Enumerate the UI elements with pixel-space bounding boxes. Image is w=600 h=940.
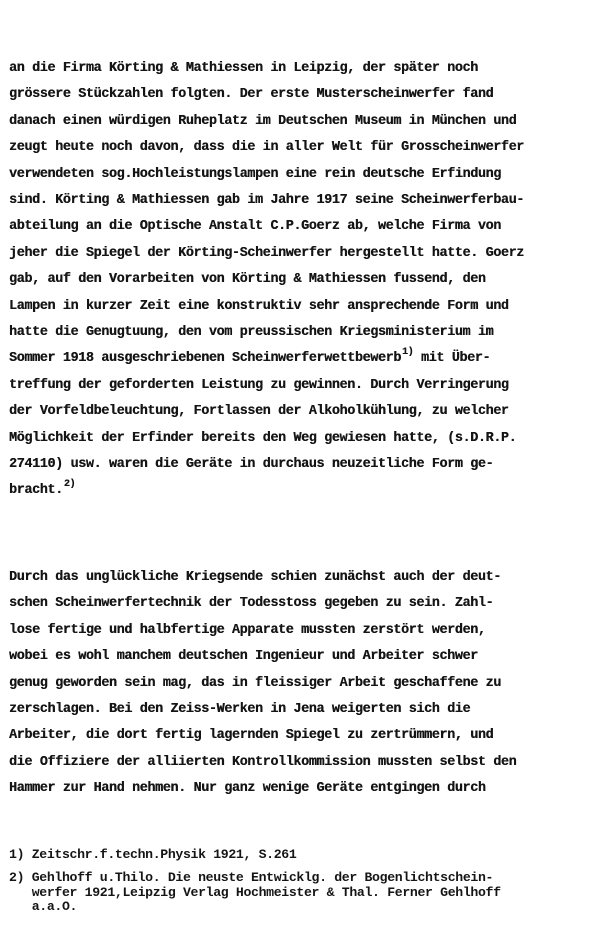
line-text: zeugt heute noch davon, dass die in alle…: [9, 140, 524, 155]
footnote-reference: 1): [402, 347, 413, 358]
text-line: zerschlagen. Bei den Zeiss-Werken in Jen…: [9, 702, 470, 718]
line-text: 274110) usw. waren die Geräte in durchau…: [9, 457, 493, 472]
text-line: Hammer zur Hand nehmen. Nur ganz wenige …: [9, 781, 486, 797]
text-line: wobei es wohl manchem deutschen Ingenieu…: [9, 649, 478, 665]
text-line: an die Firma Körting & Mathiessen in Lei…: [9, 61, 478, 77]
line-text: zerschlagen. Bei den Zeiss-Werken in Jen…: [9, 702, 470, 717]
text-line: treffung der geforderten Leistung zu gew…: [9, 378, 509, 394]
typewritten-page: an die Firma Körting & Mathiessen in Lei…: [0, 0, 600, 940]
text-line: die Offiziere der alliierten Kontrollkom…: [9, 755, 516, 771]
text-line: bracht.2): [9, 483, 75, 500]
text-line: hatte die Genugtuung, den vom preussisch…: [9, 325, 493, 341]
line-text: wobei es wohl manchem deutschen Ingenieu…: [9, 649, 478, 664]
footnote-line: werfer 1921,Leipzig Verlag Hochmeister &…: [9, 886, 501, 900]
line-text: schen Scheinwerfertechnik der Todesstoss…: [9, 596, 493, 611]
line-text: hatte die Genugtuung, den vom preussisch…: [9, 325, 493, 340]
line-text: sind. Körting & Mathiessen gab im Jahre …: [9, 193, 524, 208]
line-text: Sommer 1918 ausgeschriebenen Scheinwerfe…: [9, 351, 401, 366]
text-line: zeugt heute noch davon, dass die in alle…: [9, 140, 524, 156]
text-line: Arbeiter, die dort fertig lagernden Spie…: [9, 728, 493, 744]
text-line: Möglichkeit der Erfinder bereits den Weg…: [9, 431, 516, 447]
line-text: an die Firma Körting & Mathiessen in Lei…: [9, 61, 478, 76]
text-line: 274110) usw. waren die Geräte in durchau…: [9, 457, 493, 473]
text-line: lose fertige und halbfertige Apparate mu…: [9, 623, 486, 639]
line-text: Hammer zur Hand nehmen. Nur ganz wenige …: [9, 781, 486, 796]
line-text: abteilung an die Optische Anstalt C.P.Go…: [9, 219, 501, 234]
text-line: grössere Stückzahlen folgten. Der erste …: [9, 87, 493, 103]
text-line: gab, auf den Vorarbeiten von Körting & M…: [9, 272, 486, 288]
footnote-line: 2) Gehlhoff u.Thilo. Die neuste Entwickl…: [9, 871, 493, 885]
line-text-continued: mit Über-: [413, 351, 490, 366]
text-line: jeher die Spiegel der Körting-Scheinwerf…: [9, 246, 524, 262]
line-text: Durch das unglückliche Kriegsende schien…: [9, 570, 501, 585]
line-text: gab, auf den Vorarbeiten von Körting & M…: [9, 272, 486, 287]
text-line: sind. Körting & Mathiessen gab im Jahre …: [9, 193, 524, 209]
line-text: genug geworden sein mag, das in fleissig…: [9, 676, 501, 691]
text-line: danach einen würdigen Ruheplatz im Deuts…: [9, 114, 516, 130]
line-text: die Offiziere der alliierten Kontrollkom…: [9, 755, 516, 770]
footnote-line: a.a.O.: [9, 900, 77, 914]
text-line: Sommer 1918 ausgeschriebenen Scheinwerfe…: [9, 351, 490, 368]
line-text: Arbeiter, die dort fertig lagernden Spie…: [9, 728, 493, 743]
text-line: verwendeten sog.Hochleistungslampen eine…: [9, 167, 501, 183]
line-text: bracht.: [9, 483, 63, 498]
text-line: genug geworden sein mag, das in fleissig…: [9, 676, 501, 692]
line-text: treffung der geforderten Leistung zu gew…: [9, 378, 509, 393]
line-text: Möglichkeit der Erfinder bereits den Weg…: [9, 431, 516, 446]
text-line: Durch das unglückliche Kriegsende schien…: [9, 570, 501, 586]
footnote-reference: 2): [64, 479, 75, 490]
line-text: grössere Stückzahlen folgten. Der erste …: [9, 87, 493, 102]
line-text: der Vorfeldbeleuchtung, Fortlassen der A…: [9, 404, 509, 419]
text-line: schen Scheinwerfertechnik der Todesstoss…: [9, 596, 493, 612]
line-text: Lampen in kurzer Zeit eine konstruktiv s…: [9, 299, 509, 314]
line-text: verwendeten sog.Hochleistungslampen eine…: [9, 167, 501, 182]
footnote-line: 1) Zeitschr.f.techn.Physik 1921, S.261: [9, 848, 296, 862]
text-line: abteilung an die Optische Anstalt C.P.Go…: [9, 219, 501, 235]
line-text: danach einen würdigen Ruheplatz im Deuts…: [9, 114, 516, 129]
line-text: jeher die Spiegel der Körting-Scheinwerf…: [9, 246, 524, 261]
text-line: Lampen in kurzer Zeit eine konstruktiv s…: [9, 299, 509, 315]
text-line: der Vorfeldbeleuchtung, Fortlassen der A…: [9, 404, 509, 420]
line-text: lose fertige und halbfertige Apparate mu…: [9, 623, 486, 638]
